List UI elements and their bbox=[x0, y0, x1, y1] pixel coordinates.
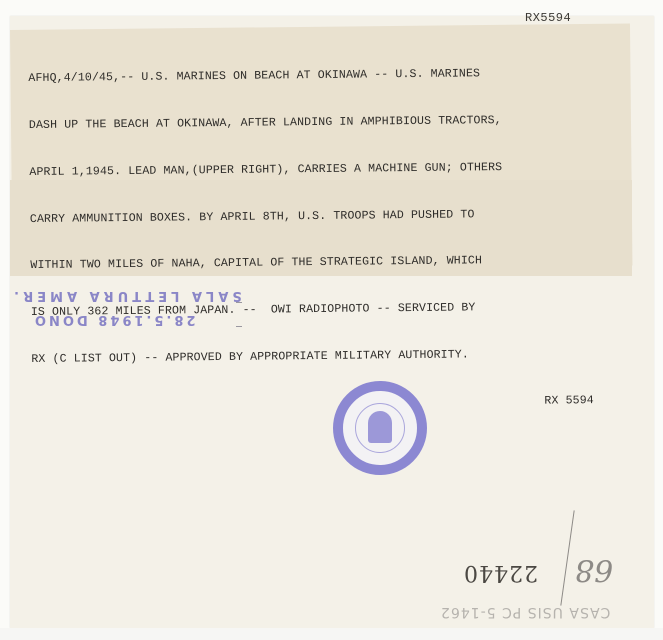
pencil-archive-note: CASA USIS PC 5-1462 bbox=[440, 604, 610, 620]
caption-text: AFHQ,4/10/45,-- U.S. MARINES ON BEACH AT… bbox=[28, 34, 632, 430]
stamp-tick-mark bbox=[236, 326, 242, 327]
handwritten-number: 68 bbox=[575, 552, 613, 587]
seal-emblem-icon bbox=[368, 411, 392, 443]
inventory-number-stamp: 22440 bbox=[463, 560, 538, 585]
library-stamp-line1: SALA LETTURA AMER. bbox=[10, 288, 242, 303]
caption-line: WITHIN TWO MILES OF NAHA, CAPITAL OF THE… bbox=[30, 252, 630, 274]
circular-seal-stamp bbox=[333, 381, 427, 475]
caption-line: RX (C LIST OUT) -- APPROVED BY APPROPRIA… bbox=[31, 346, 631, 368]
caption-line: DASH UP THE BEACH AT OKINAWA, AFTER LAND… bbox=[29, 112, 629, 134]
footer-id: RX 5594 bbox=[32, 392, 632, 414]
background-strip bbox=[0, 628, 663, 640]
caption-line: APRIL 1,1945. LEAD MAN,(UPPER RIGHT), CA… bbox=[29, 158, 629, 180]
stamp-tick-mark bbox=[236, 302, 242, 303]
caption-line: AFHQ,4/10/45,-- U.S. MARINES ON BEACH AT… bbox=[28, 65, 628, 87]
caption-line: CARRY AMMUNITION BOXES. BY APRIL 8TH, U.… bbox=[30, 205, 630, 227]
header-id: RX5594 bbox=[525, 11, 571, 25]
library-stamp-line2: 28.5.1948 DONO bbox=[32, 312, 196, 327]
